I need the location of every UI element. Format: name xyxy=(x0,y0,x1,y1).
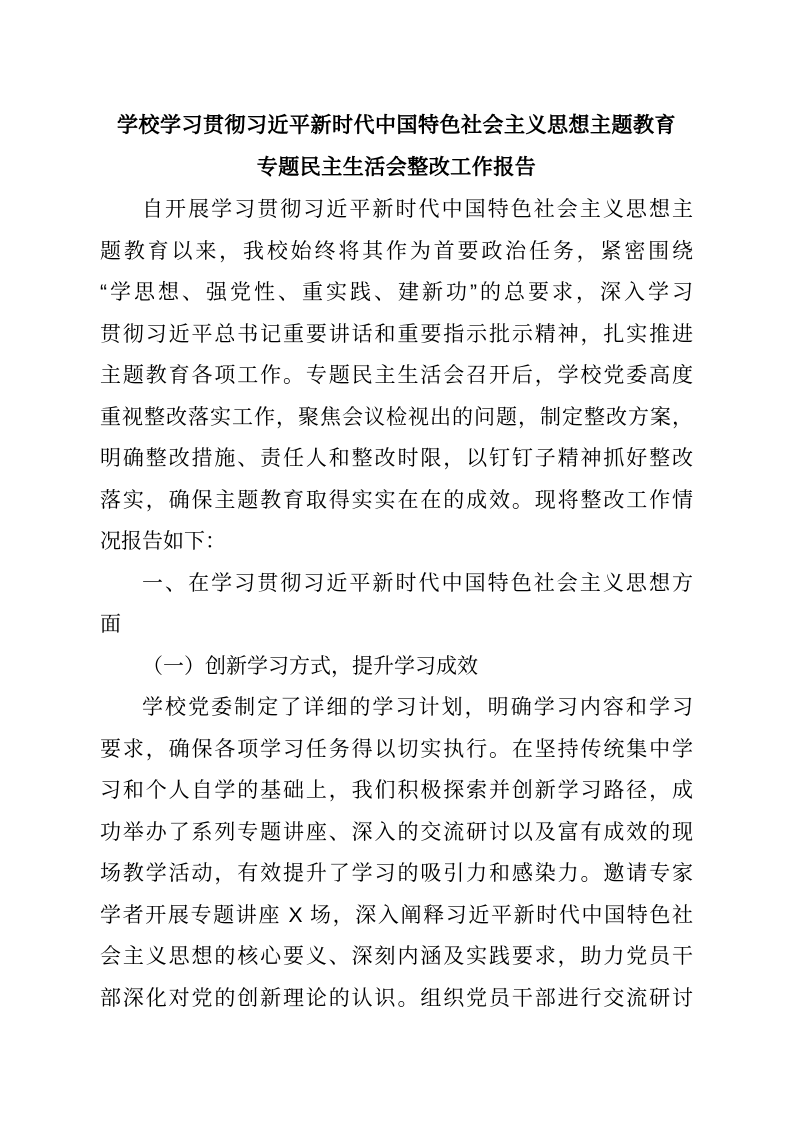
document-body: 自开展学习贯彻习近平新时代中国特色社会主义思想主题教育以来，我校始终将其作为首要… xyxy=(100,189,693,1019)
document-line: 会主义思想的核心要义、深刻内涵及实践要求，助力党员干 xyxy=(100,936,693,978)
document-line: 要求，确保各项学习任务得以切实执行。在坚持传统集中学 xyxy=(100,729,693,771)
document-line: 一、在学习贯彻习近平新时代中国特色社会主义思想方 xyxy=(100,563,693,605)
document-line: 学者开展专题讲座 X 场，深入阐释习近平新时代中国特色社 xyxy=(100,895,693,937)
document-line: 面 xyxy=(100,604,693,646)
document-line: “学思想、强党性、重实践、建新功”的总要求，深入学习 xyxy=(100,272,693,314)
document-line: （一）创新学习方式，提升学习成效 xyxy=(100,646,693,688)
document-line: 落实，确保主题教育取得实实在在的成效。现将整改工作情 xyxy=(100,480,693,522)
document-line: 学校党委制定了详细的学习计划，明确学习内容和学习 xyxy=(100,687,693,729)
document-title: 学校学习贯彻习近平新时代中国特色社会主义思想主题教育 专题民主生活会整改工作报告 xyxy=(100,105,693,189)
document-line: 主题教育各项工作。专题民主生活会召开后，学校党委高度 xyxy=(100,355,693,397)
document-line: 部深化对党的创新理论的认识。组织党员干部进行交流研讨 xyxy=(100,978,693,1020)
document-page: 学校学习贯彻习近平新时代中国特色社会主义思想主题教育 专题民主生活会整改工作报告… xyxy=(0,0,793,1122)
document-line: 重视整改落实工作，聚焦会议检视出的问题，制定整改方案， xyxy=(100,397,693,439)
document-line: 况报告如下： xyxy=(100,521,693,563)
document-line: 贯彻习近平总书记重要讲话和重要指示批示精神，扎实推进 xyxy=(100,314,693,356)
document-line: 自开展学习贯彻习近平新时代中国特色社会主义思想主 xyxy=(100,189,693,231)
document-line: 明确整改措施、责任人和整改时限，以钉钉子精神抓好整改 xyxy=(100,438,693,480)
document-line: 题教育以来，我校始终将其作为首要政治任务，紧密围绕 xyxy=(100,231,693,273)
document-line: 习和个人自学的基础上，我们积极探索并创新学习路径，成 xyxy=(100,770,693,812)
document-title-line-1: 学校学习贯彻习近平新时代中国特色社会主义思想主题教育 xyxy=(100,105,693,147)
document-line: 场教学活动，有效提升了学习的吸引力和感染力。邀请专家 xyxy=(100,853,693,895)
document-line: 功举办了系列专题讲座、深入的交流研讨以及富有成效的现 xyxy=(100,812,693,854)
document-title-line-2: 专题民主生活会整改工作报告 xyxy=(100,147,693,189)
